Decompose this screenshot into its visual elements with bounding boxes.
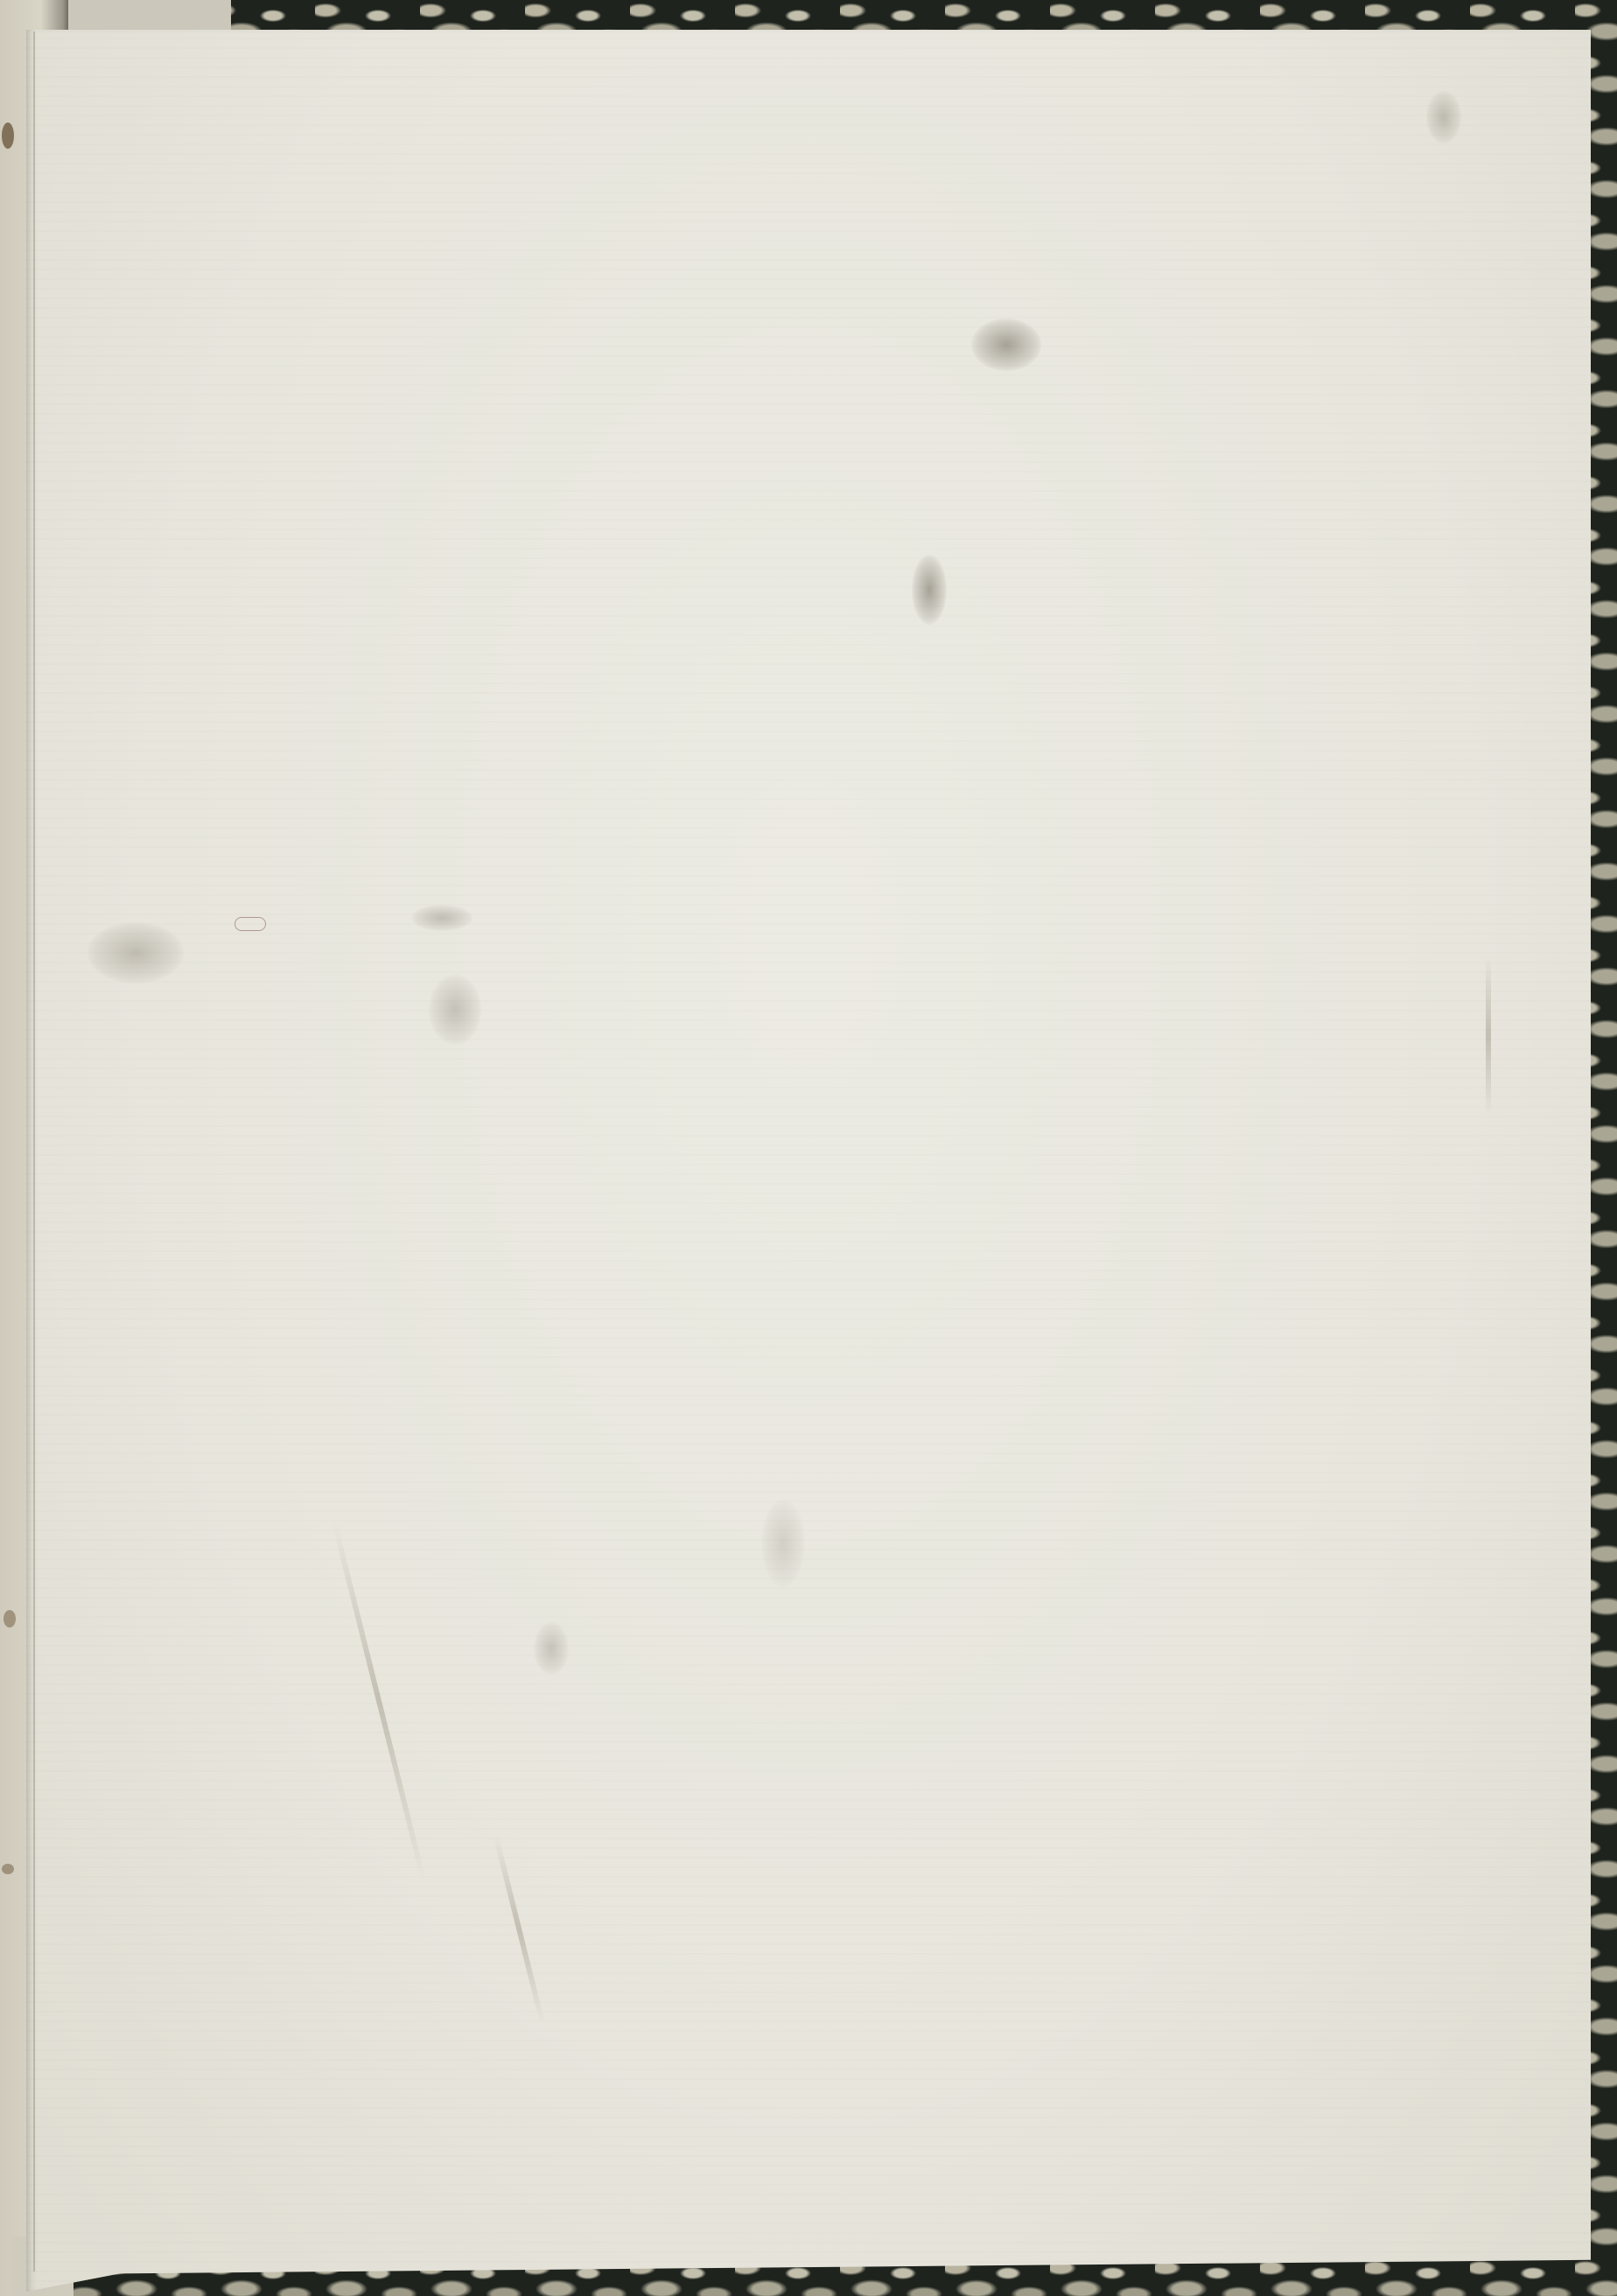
smudge [971, 318, 1041, 371]
faint-loop-mark [234, 917, 266, 931]
smudge [1426, 91, 1461, 143]
streak [1486, 957, 1491, 1115]
ink-mark [2, 122, 14, 149]
smudge [912, 555, 947, 625]
streak [332, 1522, 425, 1880]
streak [493, 1835, 544, 2023]
smudge [429, 975, 481, 1045]
smudge [761, 1500, 805, 1587]
smudge [87, 922, 184, 983]
ink-mark [3, 1610, 16, 1627]
gutter-line [33, 31, 35, 2271]
smudge [534, 1622, 569, 1675]
blank-page [26, 30, 1591, 2292]
smudge [411, 905, 472, 931]
ink-mark [2, 1864, 14, 1874]
